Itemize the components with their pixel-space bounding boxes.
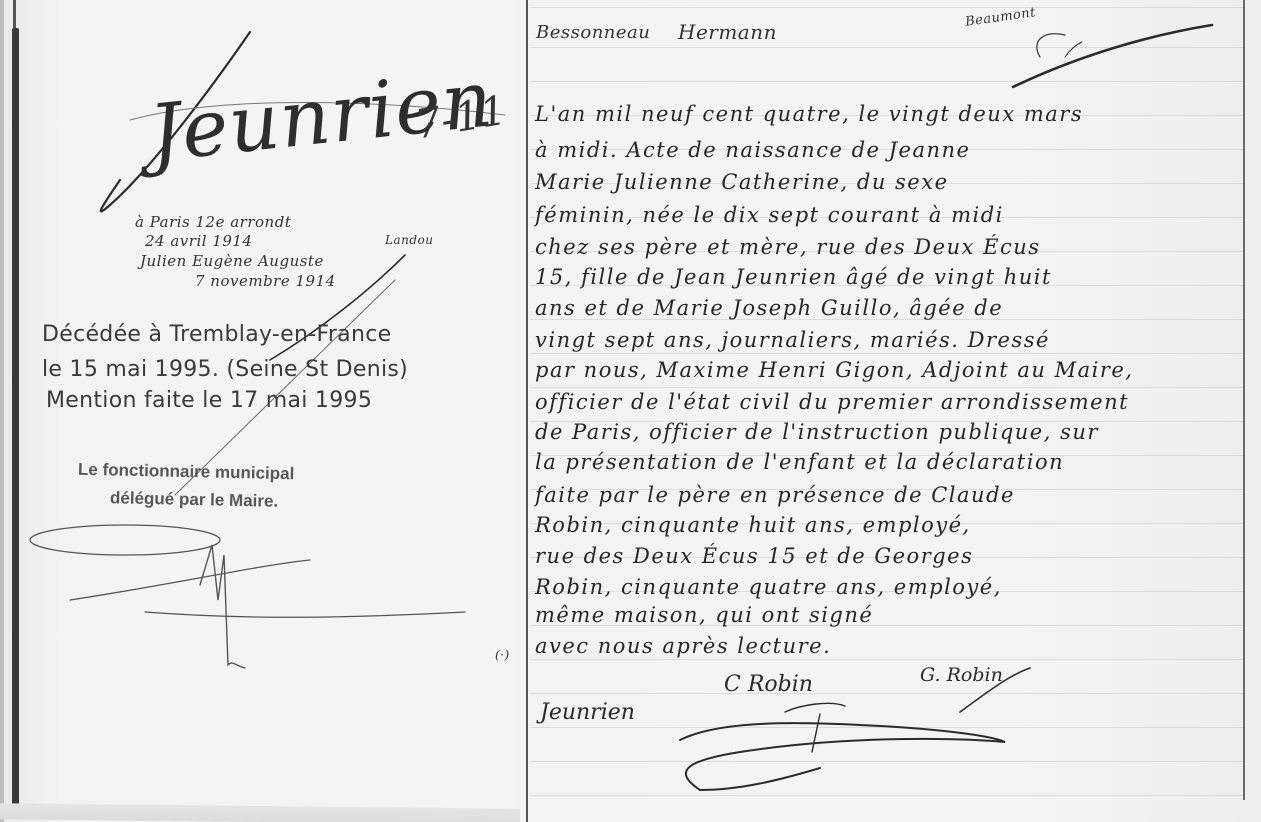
margin-mark: (·) [495,648,510,662]
marriage-mention-line-1: à Paris 12e arrondt [135,213,291,231]
body-line-15: rue des Deux Écus 15 et de Georges [535,544,973,568]
stamp-line-2: délégué par le Maire. [110,488,279,512]
body-line-16: Robin, cinquante quatre ans, employé, [535,575,1002,599]
body-line-11: de Paris, officier de l'instruction publ… [535,420,1099,444]
body-line-18: avec nous après lecture. [535,634,831,658]
body-line-3: Marie Julienne Catherine, du sexe [535,170,949,194]
body-line-4: féminin, née le dix sept courant à midi [535,203,1004,227]
page-bottom-edge [0,803,520,822]
header-signature-2: Hermann [678,20,777,44]
body-line-8: vingt sept ans, journaliers, mariés. Dre… [535,328,1050,352]
registry-page-spread: Jeunrien 7-11 à Paris 12e arrondt 24 avr… [0,0,1261,822]
header-signature-1: Bessonneau [536,22,650,43]
death-mention-line-1: Décédée à Tremblay-en-France [42,322,391,347]
body-line-12: la présentation de l'enfant et la déclar… [535,450,1064,474]
marriage-mention-line-2: 24 avril 1914 [145,232,252,250]
binding-spine [12,28,19,808]
stamp-line-1: Le fonctionnaire municipal [78,460,295,485]
body-line-9: par nous, Maxime Henri Gigon, Adjoint au… [535,358,1133,382]
binding-top [13,0,16,30]
body-line-7: ans et de Marie Joseph Guillo, âgée de [535,296,1003,320]
body-line-1: L'an mil neuf cent quatre, le vingt deux… [535,102,1083,126]
body-line-13: faite par le père en présence de Claude [535,483,1015,507]
body-line-5: chez ses père et mère, rue des Deux Écus [535,235,1041,259]
right-border-line [1243,0,1245,800]
death-mention-line-3: Mention faite le 17 mai 1995 [46,388,372,413]
body-line-2: à midi. Acte de naissance de Jeanne [535,138,970,162]
closing-signature-witness-2: G. Robin [920,664,1003,686]
marriage-mention-line-3: Julien Eugène Auguste [140,252,324,270]
death-mention-line-2: le 15 mai 1995. (Seine St Denis) [42,357,408,382]
marriage-mention-line-4: 7 novembre 1914 [195,272,336,290]
margin-divider-line [526,0,528,822]
closing-signature-witness-1: C Robin [724,672,813,697]
body-line-6: 15, fille de Jean Jeunrien âgé de vingt … [535,265,1052,289]
page-edge [0,0,4,822]
marriage-mention-side-word: Landou [385,233,434,247]
closing-signature-father: Jeunrien [540,700,635,725]
body-line-14: Robin, cinquante huit ans, employé, [535,513,971,537]
body-line-17: même maison, qui ont signé [535,603,873,627]
body-line-10: officier de l'état civil du premier arro… [535,390,1129,414]
